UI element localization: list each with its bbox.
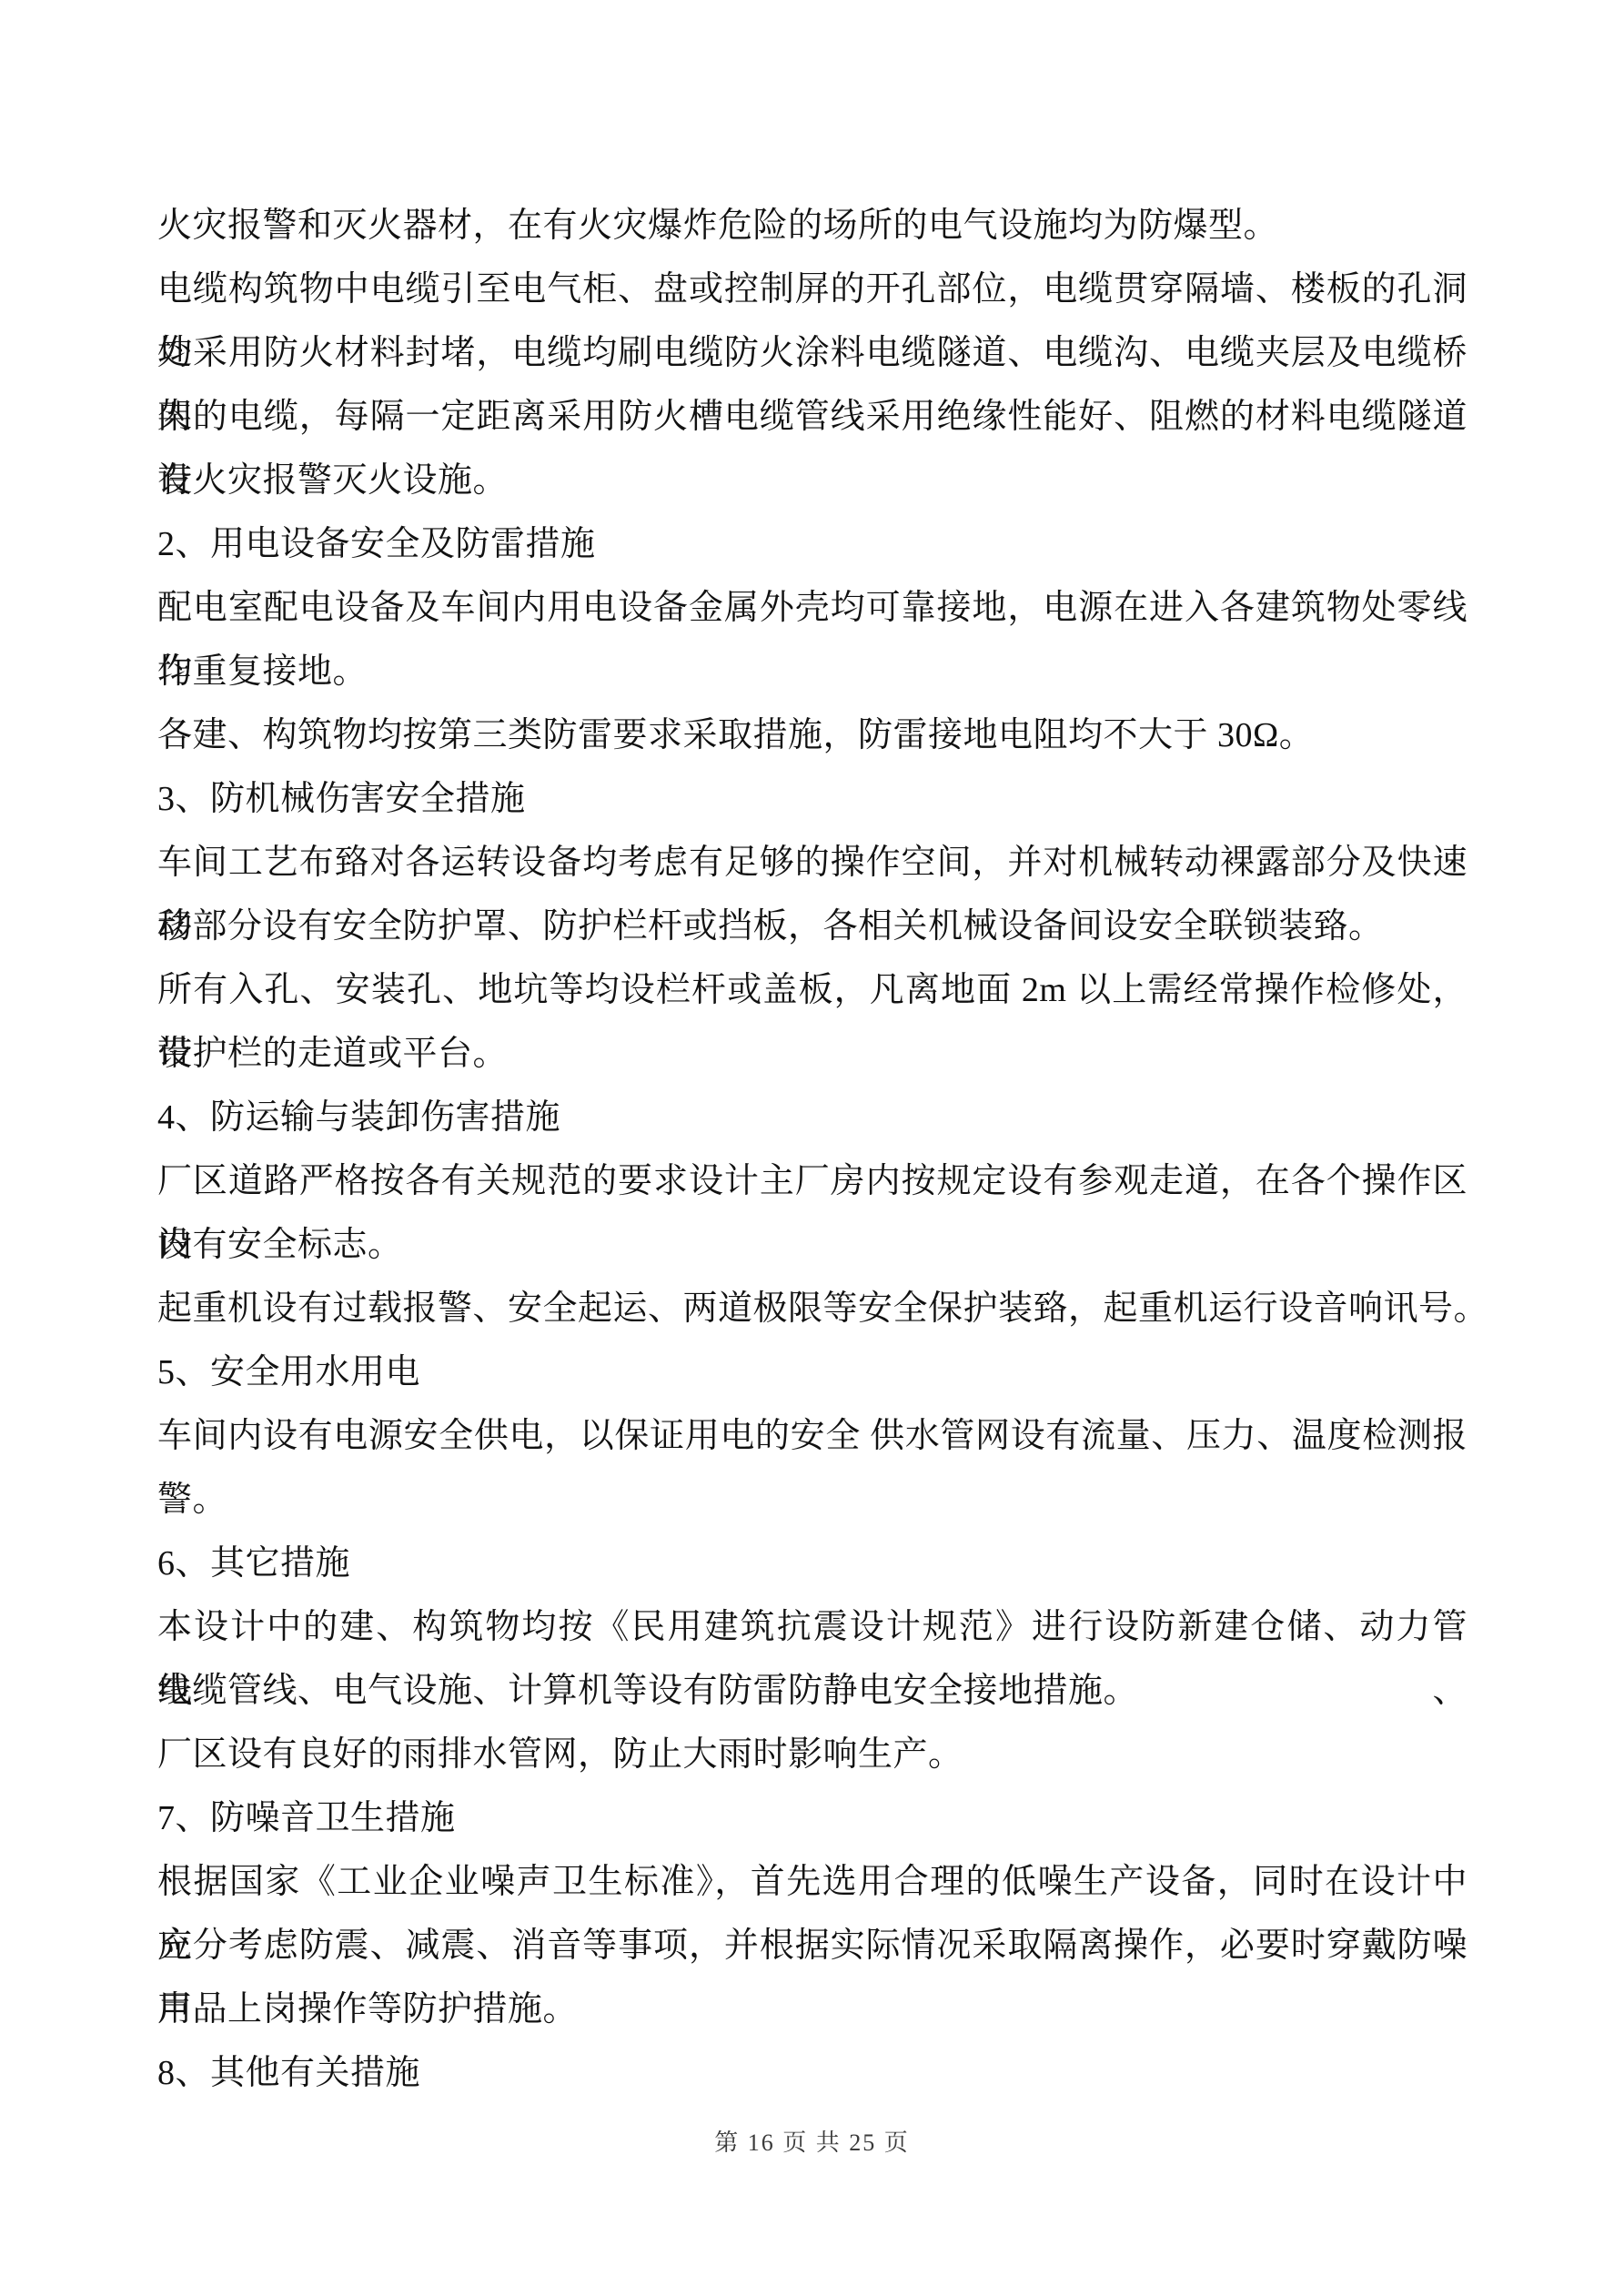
text-line: 5、安全用水用电 [157, 1340, 1468, 1404]
text-line: 7、防噪音卫生措施 [157, 1786, 1468, 1850]
text-line: 电缆构筑物中电缆引至电气柜、盘或控制屏的开孔部位，电缆贯穿隔墙、楼板的孔洞处 [157, 258, 1468, 321]
text-line: 带护栏的走道或平台。 [157, 1022, 1468, 1086]
text-line: 车间工艺布臵对各运转设备均考虑有足够的操作空间，并对机械转动裸露部分及快速移 [157, 831, 1468, 895]
text-line: 作重复接地。 [157, 640, 1468, 703]
text-line: 本设计中的建、构筑物均按《民用建筑抗震设计规范》进行设防新建仓储、动力管线、 [157, 1595, 1468, 1659]
document-page: 火灾报警和灭火器材，在有火灾爆炸危险的场所的电气设施均为防爆型。电缆构筑物中电缆… [0, 0, 1624, 2296]
text-line: 配电室配电设备及车间内用电设备金属外壳均可靠接地，电源在进入各建筑物处零线均 [157, 576, 1468, 640]
text-line: 火灾报警和灭火器材，在有火灾爆炸危险的场所的电气设施均为防爆型。 [157, 194, 1468, 258]
text-line: 厂区道路严格按各有关规范的要求设计主厂房内按规定设有参观走道，在各个操作区内 [157, 1149, 1468, 1213]
text-line: 起重机设有过载报警、安全起运、两道极限等安全保护装臵，起重机运行设音响讯号。 [157, 1277, 1468, 1340]
text-line: 3、防机械伤害安全措施 [157, 767, 1468, 831]
text-line: 警。 [157, 1468, 1468, 1532]
text-line: 动部分设有安全防护罩、防护栏杆或挡板，各相关机械设备间设安全联锁装臵。 [157, 895, 1468, 958]
text-line: 8、其他有关措施 [157, 2041, 1468, 2105]
text-line: 用品上岗操作等防护措施。 [157, 1977, 1468, 2041]
text-line: 2、用电设备安全及防雷措施 [157, 512, 1468, 576]
text-line: 充分考虑防震、减震、消音等事项，并根据实际情况采取隔离操作，必要时穿戴防噪声 [157, 1914, 1468, 1977]
text-lines: 火灾报警和灭火器材，在有火灾爆炸危险的场所的电气设施均为防爆型。电缆构筑物中电缆… [157, 194, 1468, 2105]
text-line: 6、其它措施 [157, 1532, 1468, 1595]
text-line: 根据国家《工业企业噪声卫生标准》，首先选用合理的低噪生产设备，同时在设计中应 [157, 1850, 1468, 1914]
text-line: 有火灾报警灭火设施。 [157, 449, 1468, 512]
text-line: 设有安全标志。 [157, 1213, 1468, 1277]
text-line: 4、防运输与装卸伤害措施 [157, 1086, 1468, 1149]
text-line: 均采用防火材料封堵，电缆均刷电缆防火涂料电缆隧道、电缆沟、电缆夹层及电缆桥架 [157, 321, 1468, 385]
text-line: 各建、构筑物均按第三类防雷要求采取措施，防雷接地电阻均不大于 30Ω。 [157, 703, 1468, 767]
text-line: 厂区设有良好的雨排水管网，防止大雨时影响生产。 [157, 1723, 1468, 1786]
text-line: 车间内设有电源安全供电，以保证用电的安全 供水管网设有流量、压力、温度检测报 [157, 1404, 1468, 1468]
text-line: 所有入孔、安装孔、地坑等均设栏杆或盖板，凡离地面 2m 以上需经常操作检修处，设 [157, 958, 1468, 1022]
text-line: 内的电缆，每隔一定距离采用防火槽电缆管线采用绝缘性能好、阻燃的材料电缆隧道设 [157, 385, 1468, 449]
page-footer: 第 16 页 共 25 页 [0, 2128, 1624, 2159]
